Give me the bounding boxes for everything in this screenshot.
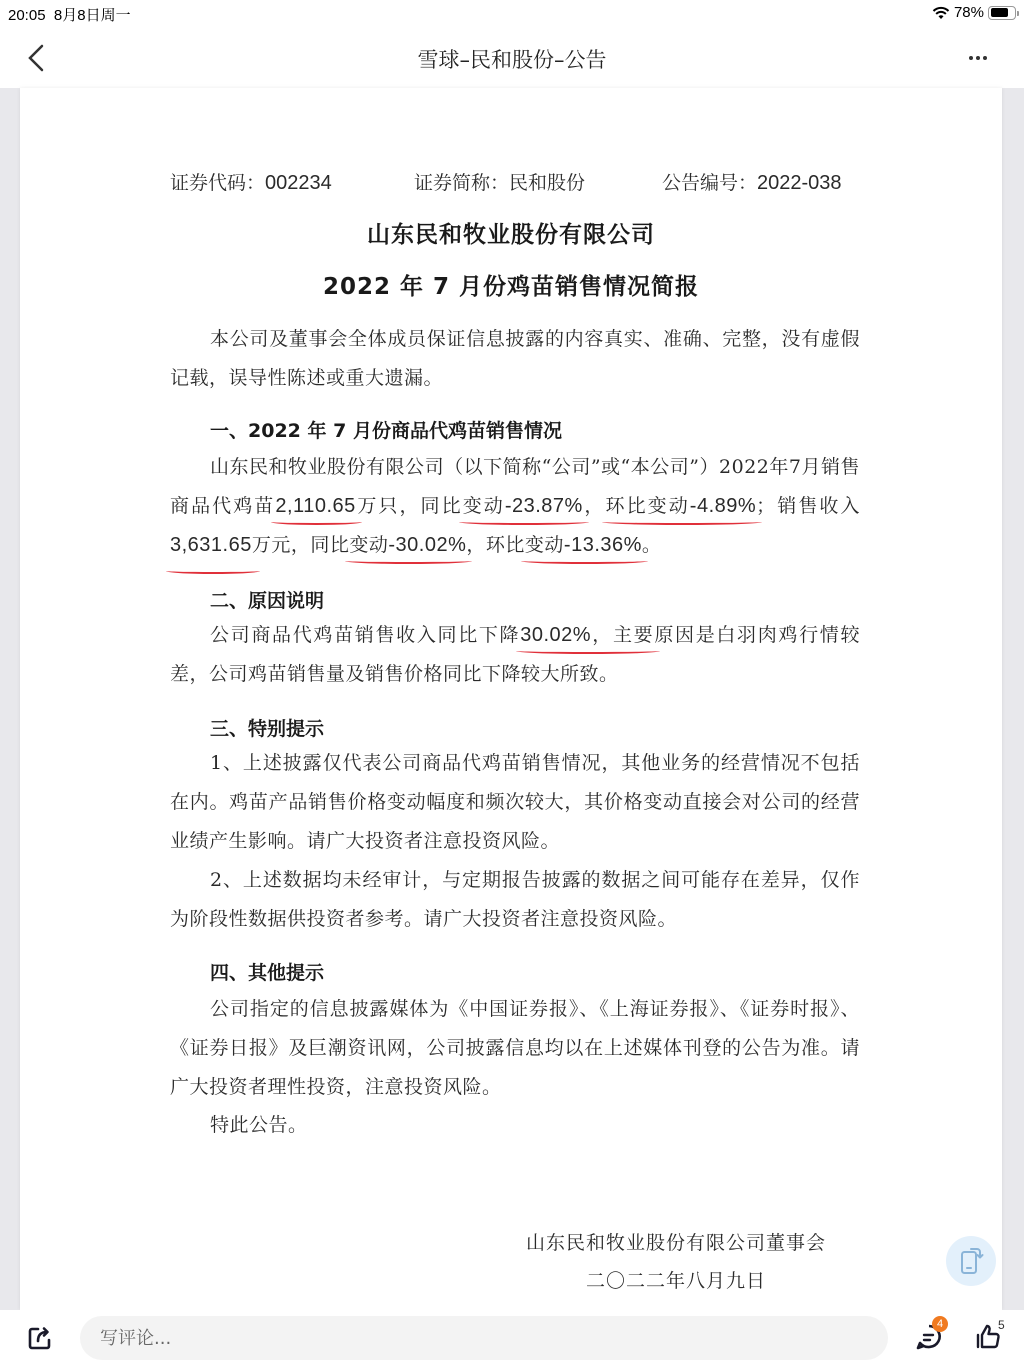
more-dot (983, 56, 987, 60)
clock: 20:05 (8, 7, 46, 24)
nav-bar: 雪球–民和股份–公告 (0, 28, 1024, 88)
text: 。 (642, 534, 662, 556)
more-button[interactable] (966, 46, 990, 70)
revenue-yoy-highlight: 变动-30.02% (349, 534, 466, 556)
notice-value: 2022-038 (757, 172, 842, 194)
volume-yoy: -23.87% (505, 495, 583, 517)
text: ，环比 (466, 534, 525, 556)
stock-short-label: 证券简称： (414, 172, 509, 194)
signature-board: 山东民和牧业股份有限公司董事会 (526, 1228, 826, 1255)
text: 变动 (463, 495, 505, 517)
stock-code-label: 证券代码： (170, 172, 265, 194)
document-page: 证券代码：002234 证券简称：民和股份 公告编号：2022-038 山东民和… (20, 88, 1002, 1310)
sales-volume: 2,110.65 (275, 495, 355, 517)
share-button[interactable] (26, 1324, 54, 1352)
battery-icon (988, 6, 1016, 20)
like-count: 5 (998, 1318, 1005, 1332)
page-title: 雪球–民和股份–公告 (0, 44, 1024, 74)
text: 变动 (525, 534, 564, 556)
text: ，主要 (591, 624, 654, 646)
bottom-bar: 4 5 (0, 1310, 1024, 1366)
notice-number: 公告编号：2022-038 (662, 168, 842, 195)
status-time: 20:05 8月8日周一 (8, 4, 131, 25)
comment-input[interactable] (80, 1316, 888, 1360)
section1-paragraph: 山东民和牧业股份有限公司（以下简称“公司”或“本公司”）2022年7月销售商品代… (170, 448, 860, 565)
text: 万元，同比 (252, 534, 350, 556)
text: ；销售收入 (756, 495, 860, 517)
section1-heading: 一、2022 年 7 月份商品代鸡苗销售情况 (210, 416, 562, 443)
decline-highlight: 30.02%，主要 (520, 624, 654, 646)
text: 公司商品代鸡苗销售收入同比下降 (210, 624, 520, 646)
wifi-icon (932, 6, 950, 20)
text: ， (583, 495, 606, 517)
comment-count-badge: 4 (932, 1316, 948, 1332)
signature-date: 二〇二二年八月九日 (586, 1266, 766, 1293)
volume-mom-highlight: 环比变动-4.89% (606, 495, 757, 517)
report-title: 2022 年 7 月份鸡苗销售情况简报 (20, 268, 1002, 301)
section2-heading: 二、原因说明 (210, 586, 324, 613)
text: 环比变动 (606, 495, 690, 517)
section3-heading: 三、特别提示 (210, 714, 324, 741)
stock-short-value: 民和股份 (509, 172, 585, 194)
section4-heading: 四、其他提示 (210, 958, 324, 985)
rotate-screen-button[interactable] (946, 1236, 996, 1286)
company-title: 山东民和牧业股份有限公司 (20, 216, 1002, 249)
revenue-mom: -13.36% (564, 534, 642, 556)
share-icon (26, 1324, 54, 1352)
status-bar: 20:05 8月8日周一 78% (0, 0, 1024, 28)
stock-code: 证券代码：002234 (170, 168, 332, 195)
section3-item1: 1、上述披露仅代表公司商品代鸡苗销售情况，其他业务的经营情况不包括在内。鸡苗产品… (170, 744, 860, 861)
notice-label: 公告编号： (662, 172, 757, 194)
volume-mom: -4.89% (690, 495, 756, 517)
date: 8月8日周一 (54, 7, 131, 24)
red-annotation-mark (166, 568, 260, 574)
section3-item2: 2、上述数据均未经审计，与定期报告披露的数据之间可能存在差异，仅作为阶段性数据供… (170, 861, 860, 939)
revenue-yoy: -30.02% (388, 534, 466, 556)
section4-paragraph: 公司指定的信息披露媒体为《中国证券报》、《上海证券报》、《证券时报》、《证券日报… (170, 990, 860, 1107)
revenue: 3,631.65 (170, 534, 252, 556)
intro-paragraph: 本公司及董事会全体成员保证信息披露的内容真实、准确、完整，没有虚假记载，误导性陈… (170, 320, 860, 398)
revenue-mom-highlight: 变动-13.36% (525, 534, 642, 556)
text: 万只，同比 (356, 495, 463, 517)
volume-yoy-highlight: 变动-23.87% (463, 495, 583, 517)
more-dots-icon (969, 56, 973, 60)
document-viewer[interactable]: 证券代码：002234 证券简称：民和股份 公告编号：2022-038 山东民和… (0, 88, 1024, 1310)
section2-paragraph: 公司商品代鸡苗销售收入同比下降30.02%，主要原因是白羽肉鸡行情较差，公司鸡苗… (170, 616, 860, 694)
more-dot (976, 56, 980, 60)
stock-short-name: 证券简称：民和股份 (414, 168, 585, 195)
decline-value: 30.02% (520, 624, 591, 646)
rotate-screen-icon (957, 1246, 985, 1276)
closing-text: 特此公告。 (170, 1106, 860, 1145)
battery-percent: 78% (954, 4, 984, 21)
text: 变动 (349, 534, 388, 556)
stock-code-value: 002234 (265, 172, 332, 194)
status-indicators: 78% (932, 4, 1016, 21)
